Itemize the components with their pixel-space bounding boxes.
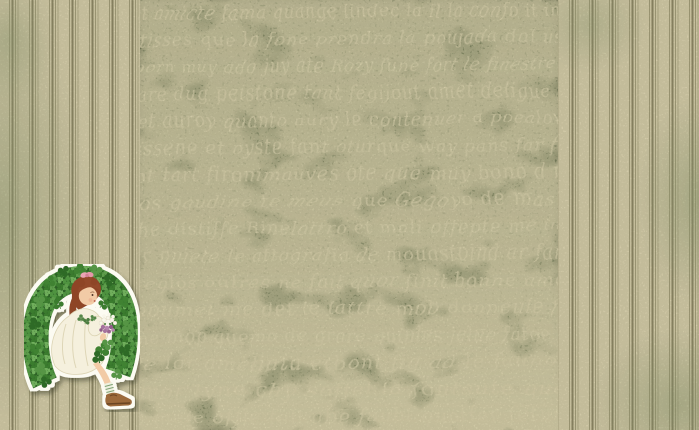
handwriting-texture-svg: st amicte fama quange lindec la il la co… [140, 0, 558, 430]
flower-bouquet [99, 313, 117, 334]
script-texture-panel: st amicte fama quange lindec la il la co… [140, 0, 558, 430]
eye [92, 294, 94, 296]
distress-blotch-texture [140, 0, 558, 430]
shamrock-horseshoe-girl-sticker [24, 264, 140, 412]
striped-paper-background: st amicte fama quange lindec la il la co… [0, 0, 699, 430]
